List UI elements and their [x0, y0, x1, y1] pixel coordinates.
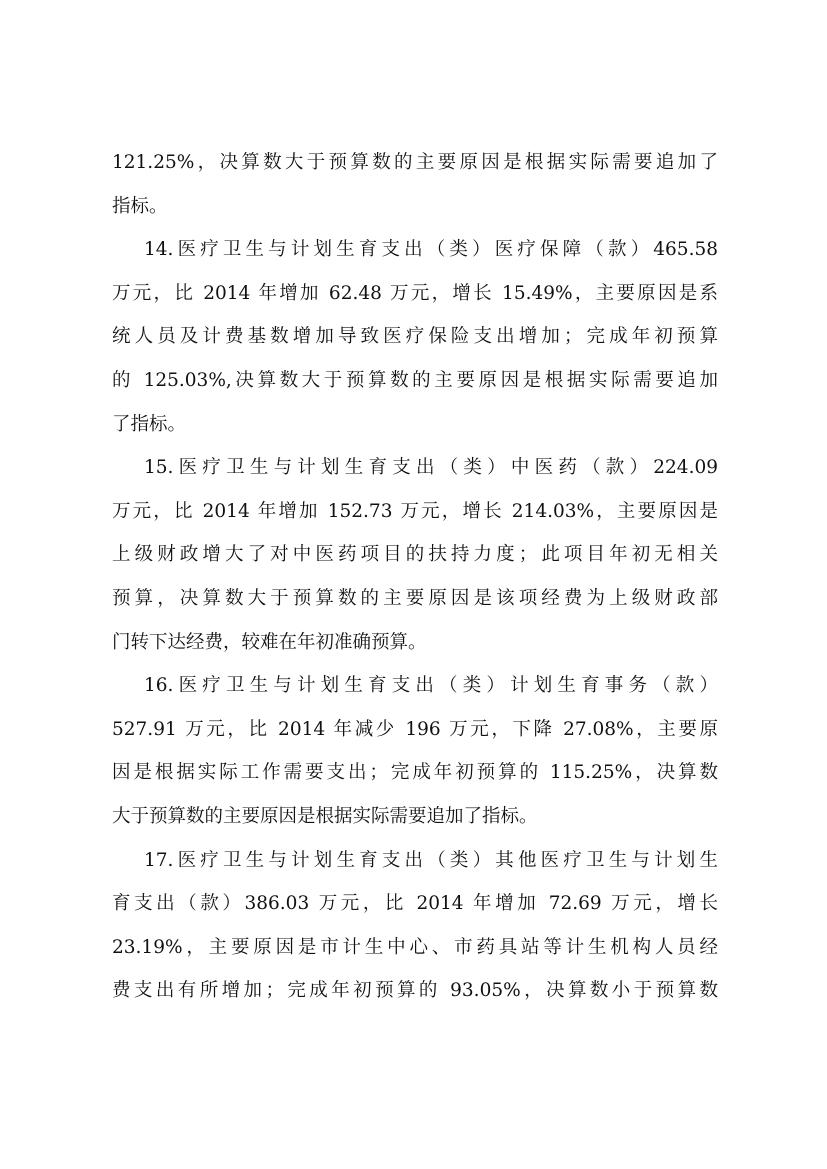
text-line: 23.19%，主要原因是市计生中心、市药具站等计生机构人员经: [112, 930, 718, 974]
text-line: 万元，比 2014 年增加 62.48 万元，增长 15.49%，主要原因是系: [112, 276, 718, 320]
text-line: 121.25%，决算数大于预算数的主要原因是根据实际需要追加了: [112, 145, 718, 189]
document-body: 121.25%，决算数大于预算数的主要原因是根据实际需要追加了 指标。 14.医…: [112, 145, 718, 1017]
text-line: 指标。: [112, 189, 718, 233]
paragraph-continuation: 121.25%，决算数大于预算数的主要原因是根据实际需要追加了 指标。: [112, 145, 718, 232]
text-line: 14.医疗卫生与计划生育支出（类）医疗保障（款）465.58: [112, 232, 718, 276]
document-page: 121.25%，决算数大于预算数的主要原因是根据实际需要追加了 指标。 14.医…: [0, 0, 827, 1169]
text-line: 15.医疗卫生与计划生育支出（类）中医药（款）224.09: [112, 450, 718, 494]
text-line: 门转下达经费，较难在年初准确预算。: [112, 625, 718, 669]
text-line: 了指标。: [112, 407, 718, 451]
paragraph-item-14: 14.医疗卫生与计划生育支出（类）医疗保障（款）465.58 万元，比 2014…: [112, 232, 718, 450]
text-line: 的 125.03%,决算数大于预算数的主要原因是根据实际需要追加: [112, 363, 718, 407]
text-line: 大于预算数的主要原因是根据实际需要追加了指标。: [112, 799, 718, 843]
text-line: 育支出（款）386.03 万元，比 2014 年增加 72.69 万元，增长: [112, 886, 718, 930]
text-line: 527.91 万元，比 2014 年减少 196 万元，下降 27.08%，主要…: [112, 712, 718, 756]
text-line: 预算，决算数大于预算数的主要原因是该项经费为上级财政部: [112, 581, 718, 625]
text-line: 16.医疗卫生与计划生育支出（类）计划生育事务（款）: [112, 668, 718, 712]
text-line: 费支出有所增加；完成年初预算的 93.05%，决算数小于预算数: [112, 973, 718, 1017]
paragraph-item-16: 16.医疗卫生与计划生育支出（类）计划生育事务（款） 527.91 万元，比 2…: [112, 668, 718, 842]
text-line: 统人员及计费基数增加导致医疗保险支出增加；完成年初预算: [112, 319, 718, 363]
paragraph-item-17: 17.医疗卫生与计划生育支出（类）其他医疗卫生与计划生 育支出（款）386.03…: [112, 843, 718, 1017]
text-line: 17.医疗卫生与计划生育支出（类）其他医疗卫生与计划生: [112, 843, 718, 887]
text-line: 万元，比 2014 年增加 152.73 万元，增长 214.03%，主要原因是: [112, 494, 718, 538]
paragraph-item-15: 15.医疗卫生与计划生育支出（类）中医药（款）224.09 万元，比 2014 …: [112, 450, 718, 668]
text-line: 上级财政增大了对中医药项目的扶持力度；此项目年初无相关: [112, 537, 718, 581]
text-line: 因是根据实际工作需要支出；完成年初预算的 115.25%，决算数: [112, 755, 718, 799]
